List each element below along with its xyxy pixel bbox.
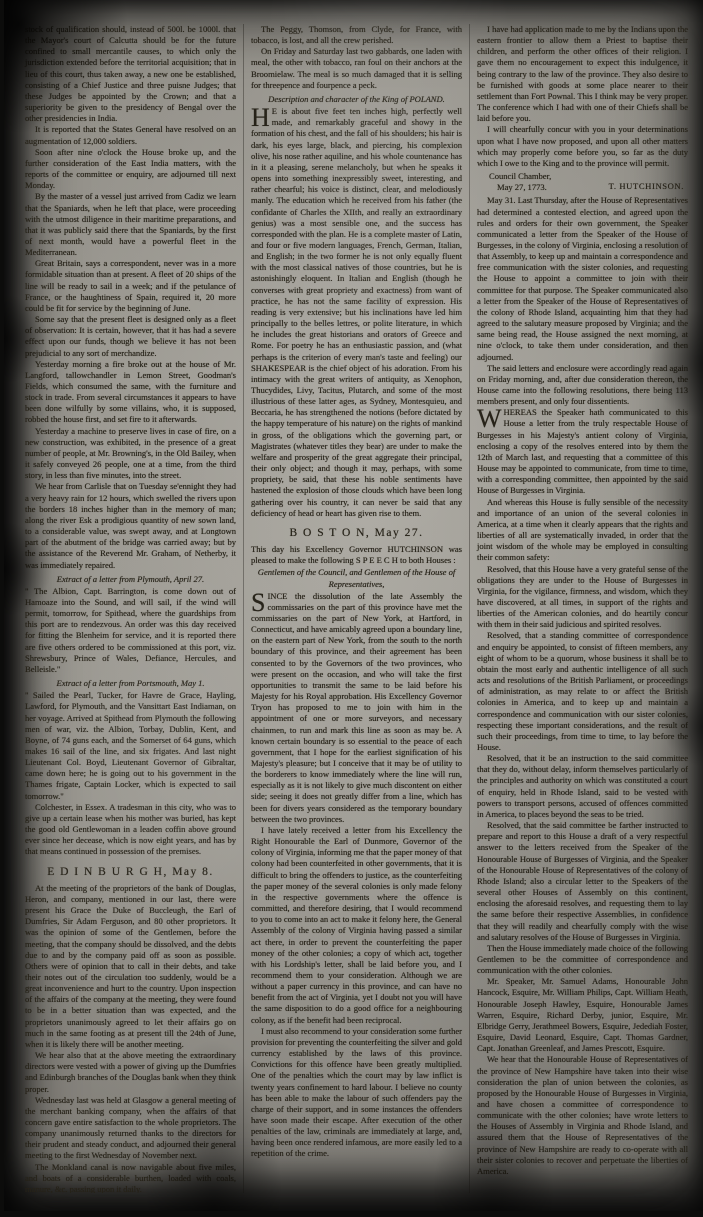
news-paragraph: We hear also that at the above meeting t… [25, 1050, 236, 1095]
news-paragraph: Great Britain, says a correspondent, nev… [25, 258, 236, 314]
newspaper-scan: stock of qualification should, instead o… [0, 0, 703, 1217]
resolution-paragraph: WHEREAS the Speaker hath communicated to… [477, 407, 688, 496]
speech-paragraph: I will chearfully concur with you in you… [477, 124, 688, 169]
right-column: I have had application made to me by the… [469, 24, 695, 1193]
news-paragraph: Colchester, in Essex. A tradesman in thi… [25, 802, 236, 858]
news-paragraph: At the meeting of the proprietors of the… [25, 883, 236, 1050]
news-paragraph: The Monkland canal is now navigable abou… [25, 1162, 236, 1193]
signature-place-date: Council Chamber, May 27, 1773. [489, 171, 551, 193]
news-paragraph: The Peggy, Thomson, from Clyde, for Fran… [251, 24, 462, 46]
left-column: stock of qualification should, instead o… [18, 24, 243, 1193]
king-of-poland-article-heading: Description and character of the King of… [251, 94, 462, 105]
news-paragraph: May 31. Last Thursday, after the House o… [477, 195, 688, 362]
speech-salutation: Gentlemen of the Council, and Gentlemen … [251, 567, 462, 589]
signature-name: T. HUTCHINSON. [609, 181, 684, 193]
resolution-paragraph: Resolved, that the said committee be far… [477, 820, 688, 943]
news-paragraph: Then the House immediately made choice o… [477, 943, 688, 976]
news-paragraph: We hear from Carlisle that on Tuesday se… [25, 481, 236, 570]
letter-extract-paragraph: " The Albion, Capt. Barrington, is come … [25, 586, 236, 675]
column-layout: stock of qualification should, instead o… [4, 0, 703, 1211]
speech-paragraph: I have had application made to me by the… [477, 24, 688, 124]
signature-date: May 27, 1773. [489, 182, 551, 193]
speech-paragraph: SINCE the dissolution of the late Assemb… [251, 591, 462, 825]
news-paragraph: stock of qualification should, instead o… [25, 24, 236, 124]
news-paragraph: On Friday and Saturday last two gabbards… [251, 46, 462, 91]
resolution-paragraph: Resolved, that it be an instruction to t… [477, 753, 688, 820]
edinburgh-dateline-heading: E D I N B U R G H, May 8. [25, 867, 236, 878]
committee-members-list: Mr. Speaker, Mr. Samuel Adams, Honourabl… [477, 976, 688, 1054]
letter-extract-heading-portsmouth: Extract of a letter from Portsmouth, May… [25, 678, 236, 689]
resolution-paragraph: Resolved, that this House have a very gr… [477, 564, 688, 631]
king-of-poland-article-body: HE is about five feet ten inches high, p… [251, 106, 462, 519]
news-paragraph: Yesterday morning a fire broke out at th… [25, 359, 236, 426]
speech-paragraph: I must also recommend to your considerat… [251, 1026, 462, 1160]
resolution-paragraph: And whereas this House is fully sensible… [477, 497, 688, 564]
news-paragraph: Wednesday last was held at Glasgow a gen… [25, 1095, 236, 1162]
news-paragraph: It is reported that the States General h… [25, 124, 236, 146]
middle-column: The Peggy, Thomson, from Clyde, for Fran… [243, 24, 469, 1193]
news-paragraph: Yesterday a machine to preserve lives in… [25, 426, 236, 482]
news-paragraph: We hear that the Honourable House of Rep… [477, 1054, 688, 1177]
news-paragraph: Some say that the present fleet is desig… [25, 314, 236, 359]
resolution-paragraph: Resolved, that a standing committee of c… [477, 630, 688, 753]
paper-sheet: stock of qualification should, instead o… [4, 0, 703, 1211]
signature-block: Council Chamber, May 27, 1773. T. HUTCHI… [489, 171, 684, 193]
news-paragraph: The said letters and enclosure were acco… [477, 363, 688, 408]
letter-extract-paragraph: " Sailed the Pearl, Tucker, for Havre de… [25, 690, 236, 802]
news-paragraph: Soon after nine o'clock the House broke … [25, 147, 236, 192]
speech-paragraph: I have lately received a letter from his… [251, 825, 462, 1026]
boston-dateline-heading: B O S T O N, May 27. [251, 528, 462, 539]
speech-introduction: This day his Excellency Governor HUTCHIN… [251, 544, 462, 566]
letter-extract-heading-plymouth: Extract of a letter from Plymouth, April… [25, 574, 236, 585]
signature-place: Council Chamber, [489, 171, 551, 182]
news-paragraph: By the master of a vessel just arrived f… [25, 191, 236, 258]
